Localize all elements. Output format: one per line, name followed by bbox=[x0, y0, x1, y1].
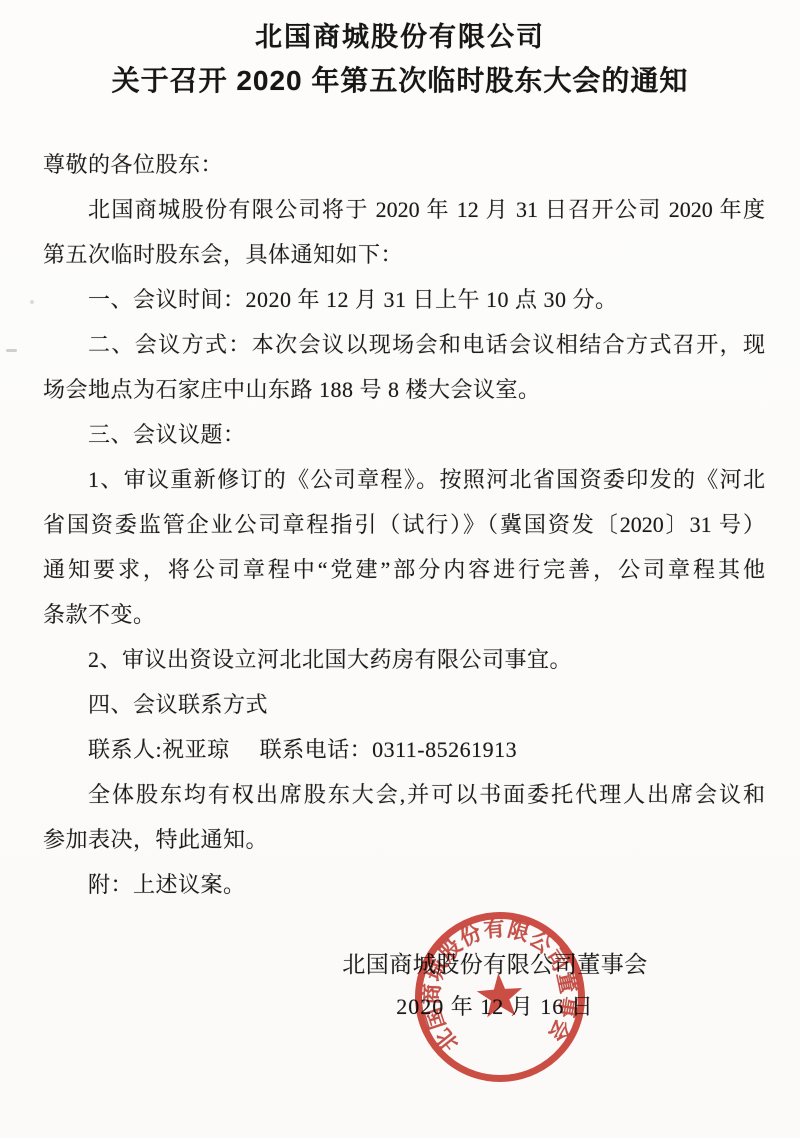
document-body: 尊敬的各位股东：北国商城股份有限公司将于 2020 年 12 月 31 日召开公… bbox=[43, 142, 765, 907]
scan-artifact bbox=[6, 349, 17, 352]
text-line: 二、会议方式：本次会议以现场会和电话会议相结合方式召开，现 bbox=[43, 322, 765, 367]
text-line: 三、会议议题： bbox=[43, 412, 765, 457]
text-line: 全体股东均有权出席股东大会,并可以书面委托代理人出席会议和 bbox=[43, 772, 765, 817]
text-line: 第五次临时股东会，具体通知如下： bbox=[43, 232, 765, 277]
text-line: 场会地点为石家庄中山东路 188 号 8 楼大会议室。 bbox=[43, 367, 765, 412]
document-page: 北国商城股份有限公司 关于召开 2020 年第五次临时股东大会的通知 尊敬的各位… bbox=[0, 0, 800, 1138]
text-line: 1、审议重新修订的《公司章程》。按照河北省国资委印发的《河北 bbox=[43, 457, 765, 502]
scan-artifact bbox=[30, 300, 34, 304]
text-line: 北国商城股份有限公司将于 2020 年 12 月 31 日召开公司 2020 年… bbox=[43, 187, 765, 232]
text-line: 尊敬的各位股东： bbox=[43, 142, 765, 187]
text-line: 一、会议时间：2020 年 12 月 31 日上午 10 点 30 分。 bbox=[43, 277, 765, 322]
document-title-line1: 北国商城股份有限公司 bbox=[0, 16, 800, 58]
text-line: 参加表决，特此通知。 bbox=[43, 817, 765, 862]
document-title-line2: 关于召开 2020 年第五次临时股东大会的通知 bbox=[0, 58, 800, 104]
company-seal: 北国商城股份有限公司董事会 bbox=[399, 896, 602, 1099]
text-line: 附：上述议案。 bbox=[43, 862, 765, 907]
text-line: 省国资委监管企业公司章程指引（试行）》（冀国资发〔2020〕31 号） bbox=[43, 502, 765, 547]
text-line: 联系人:祝亚琼 联系电话：0311-85261913 bbox=[43, 727, 765, 772]
text-line: 四、会议联系方式 bbox=[43, 682, 765, 727]
text-line: 通知要求，将公司章程中“党建”部分内容进行完善，公司章程其他 bbox=[43, 547, 765, 592]
seal-star-icon bbox=[476, 971, 525, 1017]
text-line: 条款不变。 bbox=[43, 592, 765, 637]
text-line: 2、审议出资设立河北北国大药房有限公司事宜。 bbox=[43, 637, 765, 682]
